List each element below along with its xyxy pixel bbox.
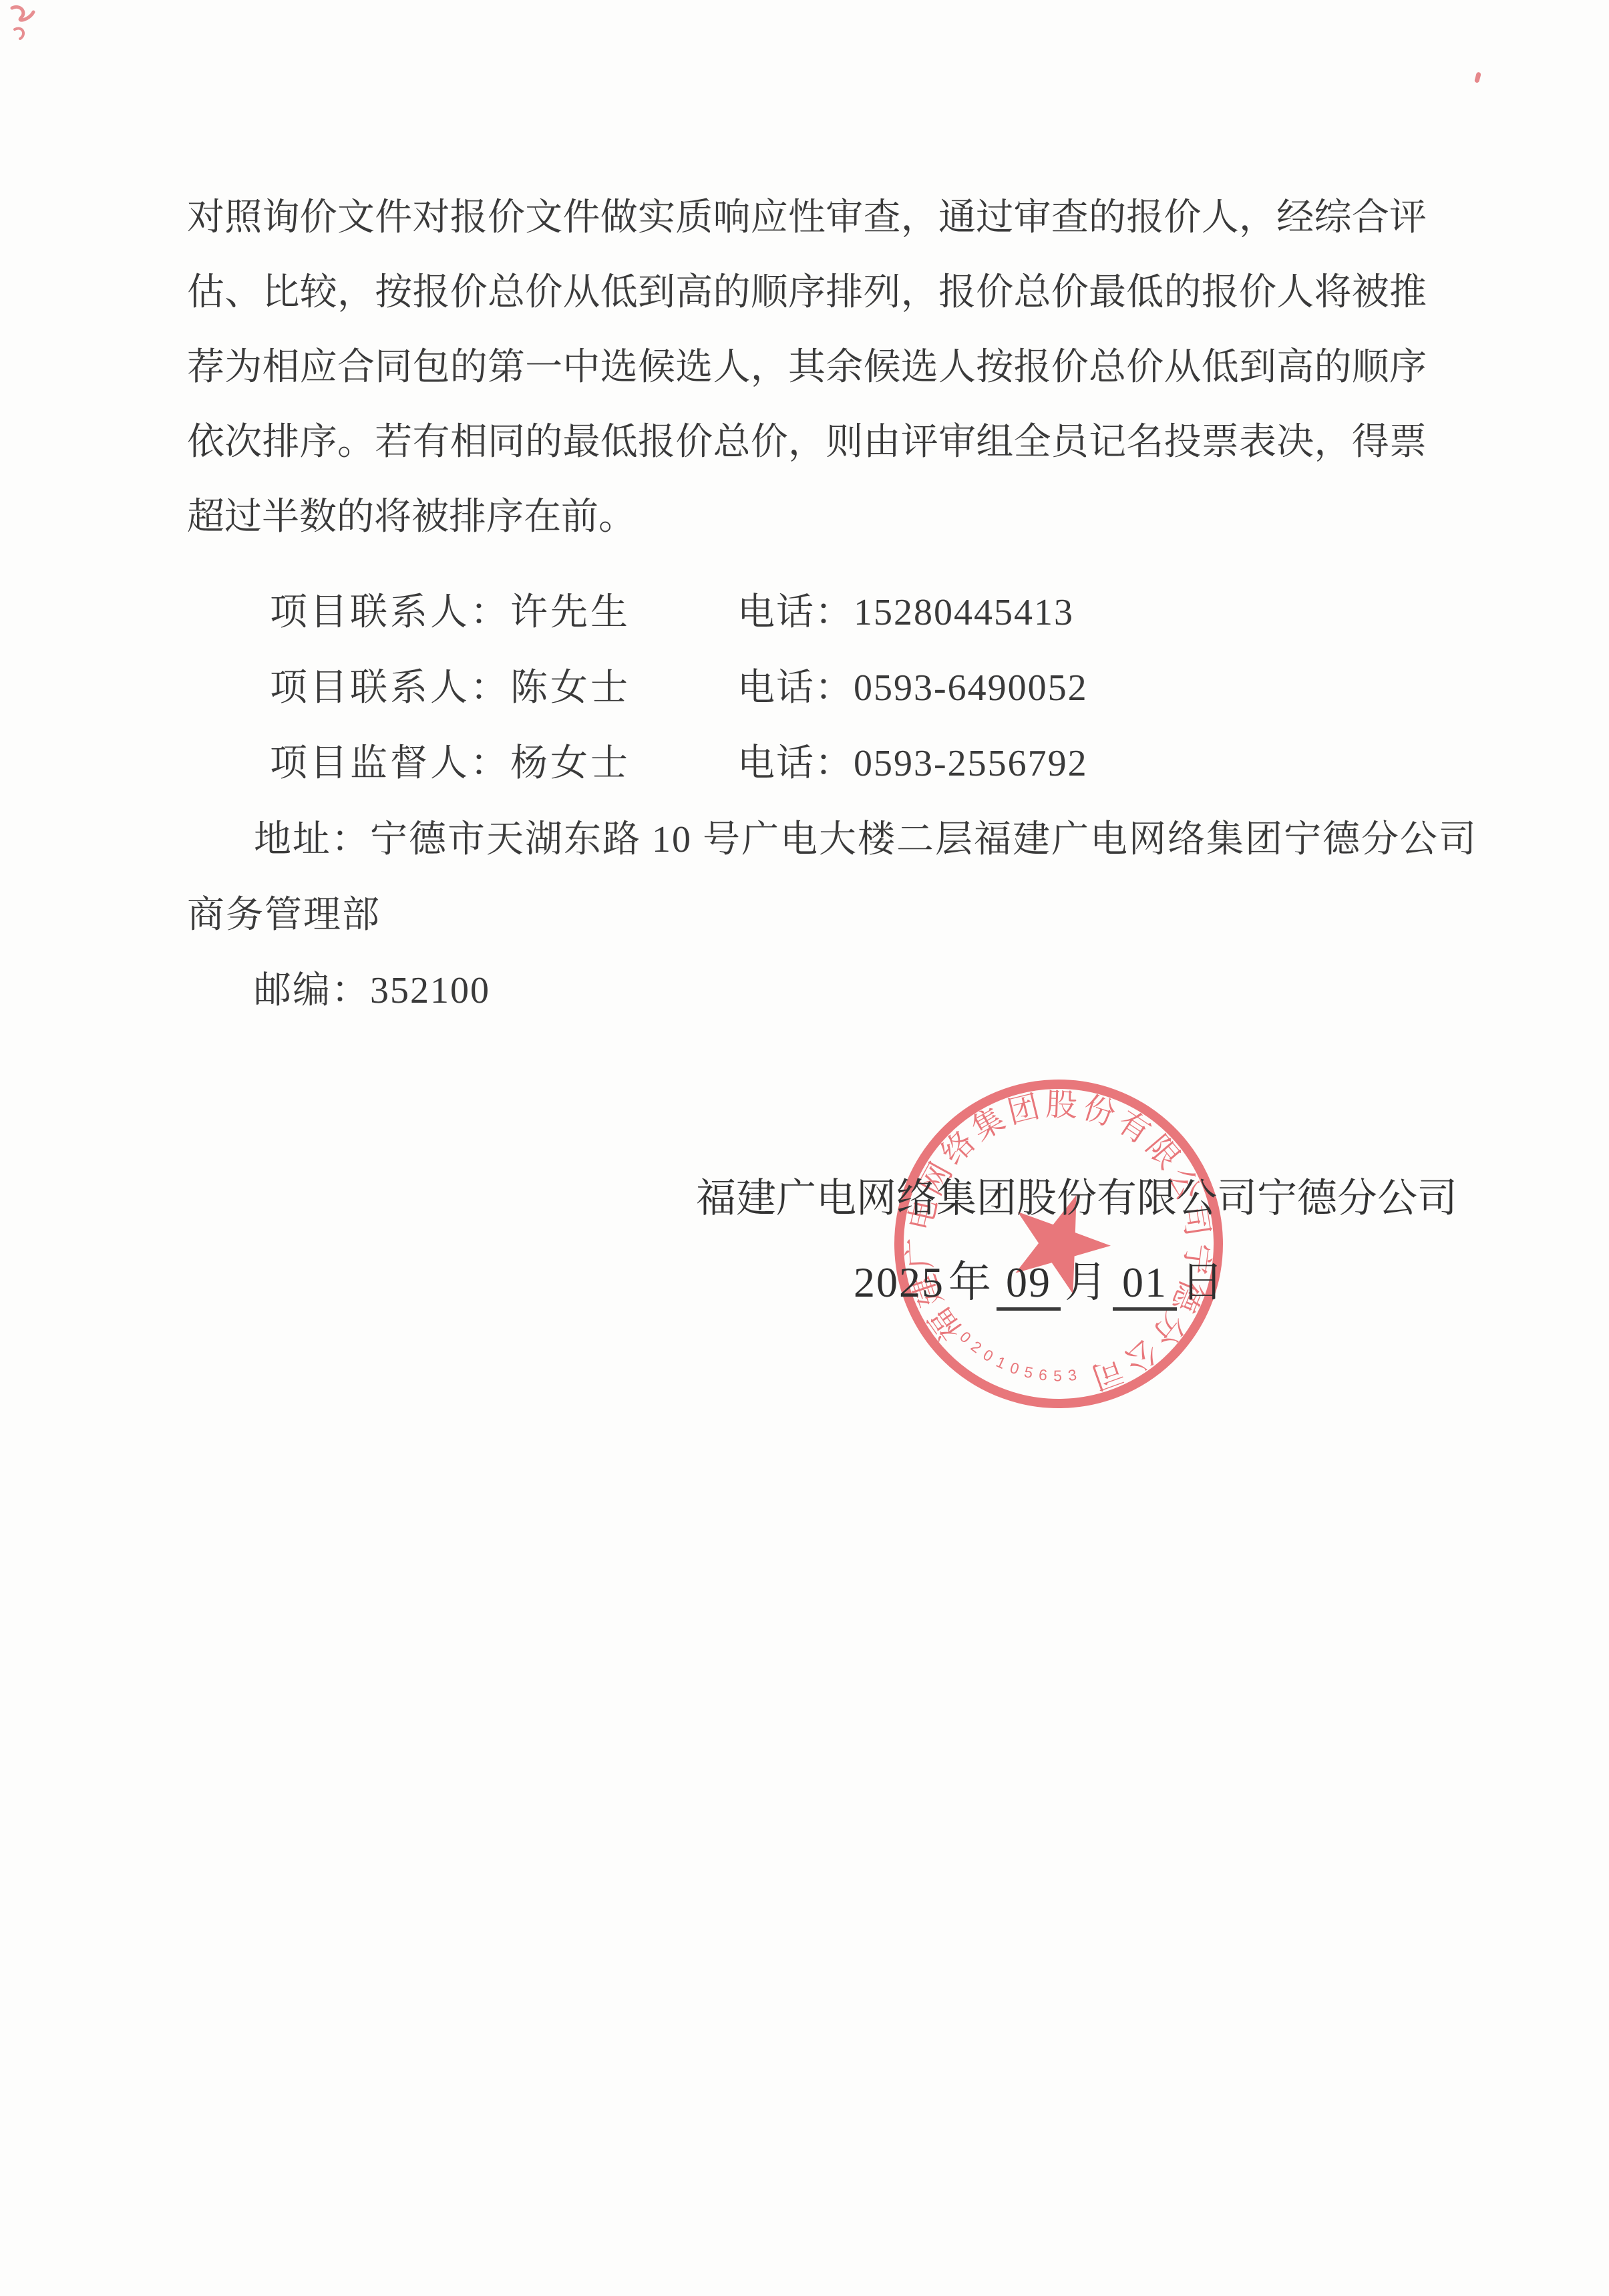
date-month-unit: 月 [1061, 1259, 1113, 1306]
scan-artifact-scribble [7, 3, 60, 49]
date-year: 2025 [854, 1259, 944, 1306]
scan-artifact-dot [1474, 71, 1481, 83]
paragraph-line: 荐为相应合同包的第一中选候选人，其余候选人按报价总价从低到高的顺序 [187, 341, 1427, 394]
official-red-seal: 福建广电网络集团股份有限公司宁德分公司 020105653 [845, 1030, 1273, 1458]
contact-phone: 电话：15280445413 [737, 583, 1074, 636]
contact-label: 项目联系人：许先生 [270, 583, 631, 636]
address-line-2: 商务管理部 [187, 885, 381, 939]
contact-label: 项目监督人：杨女士 [270, 733, 631, 787]
contact-row: 项目联系人：许先生 电话：15280445413 [187, 583, 1427, 643]
contact-phone: 电话：0593-6490052 [737, 658, 1088, 711]
contact-row: 项目联系人：陈女士 电话：0593-6490052 [187, 658, 1427, 718]
date-year-unit: 年 [944, 1259, 997, 1306]
contact-phone: 电话：0593-2556792 [737, 733, 1088, 787]
paragraph-line: 依次排序。若有相同的最低报价总价，则由评审组全员记名投票表决，得票 [187, 416, 1427, 469]
paragraph-line: 对照询价文件对报价文件做实质响应性审查，通过审查的报价人，经综合评 [187, 191, 1427, 244]
date-month: 09 [997, 1258, 1061, 1311]
postal-code-line: 邮编：352100 [254, 961, 490, 1014]
scanned-document-page: 对照询价文件对报价文件做实质响应性审查，通过审查的报价人，经综合评 估、比较，按… [0, 0, 1609, 2296]
paragraph-line: 估、比较，按报价总价从低到高的顺序排列，报价总价最低的报价人将被推 [187, 266, 1427, 319]
date-day: 01 [1113, 1258, 1177, 1311]
contact-row: 项目监督人：杨女士 电话：0593-2556792 [187, 733, 1427, 794]
seal-serial-number: 020105653 [951, 1322, 1089, 1401]
contact-label: 项目联系人：陈女士 [270, 658, 631, 711]
address-line-1: 地址：宁德市天湖东路 10 号广电大楼二层福建广电网络集团宁德分公司 [254, 810, 1477, 863]
date-day-unit: 日 [1177, 1259, 1229, 1306]
signature-company-name: 福建广电网络集团股份有限公司宁德分公司 [696, 1166, 1457, 1224]
paragraph-line: 超过半数的将被排序在前。 [187, 490, 1427, 544]
signature-date: 2025年09月01日 [854, 1248, 1229, 1311]
